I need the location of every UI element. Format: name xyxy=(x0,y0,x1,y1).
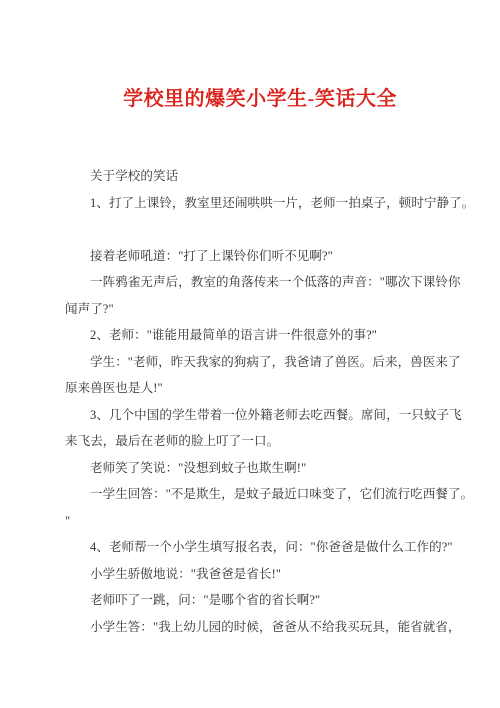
text-line: 小学生骄傲地说："我爸爸是省长!" xyxy=(65,561,447,588)
document-body: 关于学校的笑话1、打了上课铃，教室里还闹哄哄一片，老师一拍桌子，顿时宁静了。接着… xyxy=(65,163,447,640)
text-line: 关于学校的笑话 xyxy=(65,163,447,190)
paragraph-joke-3-student: 一学生回答："不是欺生，是蚊子最近口味变了，它们流行吃西餐了。" xyxy=(65,481,447,534)
text-line: 一学生回答："不是欺生，是蚊子最近口味变了，它们流行吃西餐了。 xyxy=(65,481,447,508)
paragraph-blank-line xyxy=(65,216,447,243)
paragraph-joke-1-setup: 1、打了上课铃，教室里还闹哄哄一片，老师一拍桌子，顿时宁静了。 xyxy=(65,190,447,217)
paragraph-joke-1-teacher-shout: 接着老师吼道："打了上课铃你们听不见啊?" xyxy=(65,243,447,270)
paragraph-joke-3-teacher: 老师笑了笑说："没想到蚊子也欺生啊!" xyxy=(65,455,447,482)
text-line: 学生："老师，昨天我家的狗病了，我爸请了兽医。后来，兽医来了 xyxy=(65,349,447,376)
text-line: 4、老师帮一个小学生填写报名表，问："你爸爸是做什么工作的?" xyxy=(65,534,447,561)
paragraph-section-heading: 关于学校的笑话 xyxy=(65,163,447,190)
text-line: 3、几个中国的学生带着一位外籍老师去吃西餐。席间，一只蚊子飞 xyxy=(65,402,447,429)
text-line: 原来兽医也是人!" xyxy=(65,375,447,402)
paragraph-joke-4-proud: 小学生骄傲地说："我爸爸是省长!" xyxy=(65,561,447,588)
paragraph-joke-1-punchline: 一阵鸦雀无声后，教室的角落传来一个低落的声音："哪次下课铃你闻声了?" xyxy=(65,269,447,322)
document-page: 学校里的爆笑小学生-笑话大全 关于学校的笑话1、打了上课铃，教室里还闹哄哄一片，… xyxy=(0,0,500,708)
text-line: 接着老师吼道："打了上课铃你们听不见啊?" xyxy=(65,243,447,270)
paragraph-joke-3-setup: 3、几个中国的学生带着一位外籍老师去吃西餐。席间，一只蚊子飞来飞去，最后在老师的… xyxy=(65,402,447,455)
text-line: 老师吓了一跳，问："是哪个省的省长啊?" xyxy=(65,587,447,614)
text-line: 小学生答："我上幼儿园的时候，爸爸从不给我买玩具，能省就省， xyxy=(65,614,447,641)
paragraph-joke-2-answer: 学生："老师，昨天我家的狗病了，我爸请了兽医。后来，兽医来了原来兽医也是人!" xyxy=(65,349,447,402)
paragraph-joke-4-question: 4、老师帮一个小学生填写报名表，问："你爸爸是做什么工作的?" xyxy=(65,534,447,561)
text-line: 老师笑了笑说："没想到蚊子也欺生啊!" xyxy=(65,455,447,482)
text-line: 1、打了上课铃，教室里还闹哄哄一片，老师一拍桌子，顿时宁静了。 xyxy=(65,190,447,217)
page-title: 学校里的爆笑小学生-笑话大全 xyxy=(123,86,397,112)
text-line: 2、老师："谁能用最简单的语言讲一件很意外的事?" xyxy=(65,322,447,349)
paragraph-joke-4-answer: 小学生答："我上幼儿园的时候，爸爸从不给我买玩具，能省就省， xyxy=(65,614,447,641)
title-row: 学校里的爆笑小学生-笑话大全 xyxy=(0,86,500,112)
text-line xyxy=(65,216,447,243)
text-line: 来飞去，最后在老师的脸上叮了一口。 xyxy=(65,428,447,455)
text-line: " xyxy=(65,508,447,535)
paragraph-joke-2-question: 2、老师："谁能用最简单的语言讲一件很意外的事?" xyxy=(65,322,447,349)
paragraph-joke-4-teacher: 老师吓了一跳，问："是哪个省的省长啊?" xyxy=(65,587,447,614)
text-line: 一阵鸦雀无声后，教室的角落传来一个低落的声音："哪次下课铃你 xyxy=(65,269,447,296)
text-line: 闻声了?" xyxy=(65,296,447,323)
